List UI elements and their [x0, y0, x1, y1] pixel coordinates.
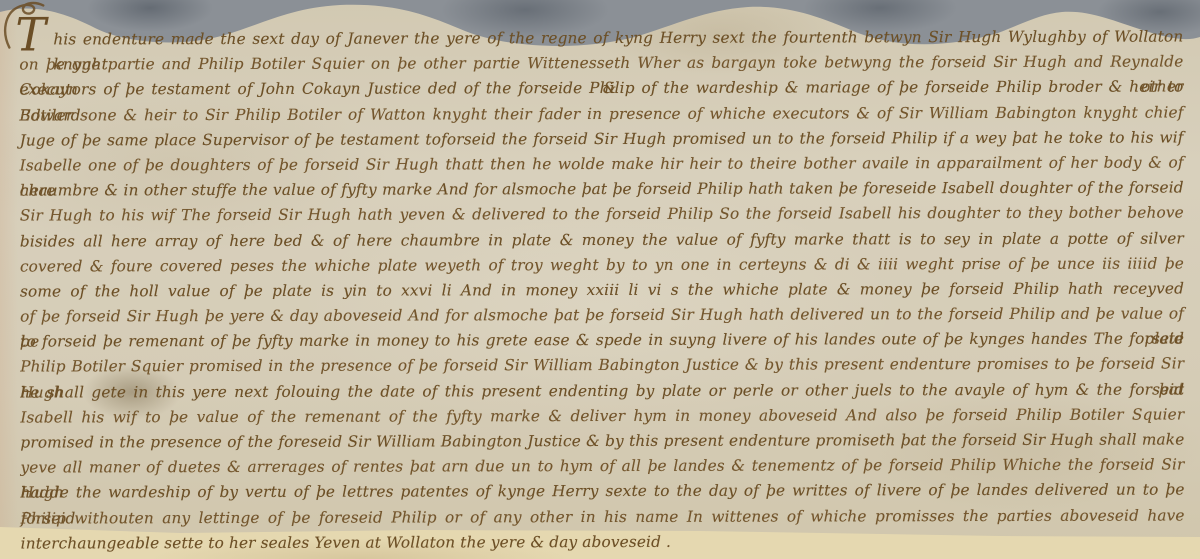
manuscript-line-15: he shall gete in this yere next folouing… — [20, 377, 1184, 405]
manuscript-line-9: bisides all here array of here bed & of … — [20, 226, 1184, 254]
manuscript-line-13: to forseid þe remenant of þe fyfty marke… — [20, 327, 1184, 355]
manuscript-line-16: Isabell his wif to þe value of the remen… — [20, 402, 1184, 430]
manuscript-text-block: T his endenture made the sext day of Jan… — [19, 24, 1184, 556]
manuscript-line-17: promised in the presence of the foreseid… — [20, 427, 1184, 455]
manuscript-line-11: some of the holl value of þe plate is yi… — [20, 276, 1184, 304]
manuscript-line-2: on þe one partie and Philip Botiler Squi… — [19, 50, 1183, 78]
manuscript-line-20: Philip withouten any lettinge of þe fore… — [21, 503, 1185, 531]
manuscript-line-18: yeve all maner of duetes & arrerages of … — [20, 453, 1184, 481]
manuscript-line-4: Botiler sone & heir to Sir Philip Botile… — [20, 100, 1184, 128]
decorated-initial: T — [15, 11, 46, 57]
manuscript-line-5: Juge of þe same place Supervisor of þe t… — [20, 125, 1184, 153]
manuscript-line-7: chaumbre & in other stuffe the value of … — [20, 176, 1184, 204]
manuscript-line-6: Isabelle one of þe doughters of þe forse… — [20, 150, 1184, 178]
manuscript-line-1: his endenture made the sext day of Janev… — [19, 24, 1183, 52]
manuscript-line-21: interchaungeable sette to her seales Yev… — [21, 528, 1185, 556]
manuscript-line-12: of þe forseid Sir Hugh þe yere & day abo… — [20, 302, 1184, 330]
photo-background: T his endenture made the sext day of Jan… — [0, 0, 1200, 559]
manuscript-line-19: hadde the wardeship of by vertu of þe le… — [20, 478, 1184, 506]
manuscript-line-10: covered & foure covered peses the whiche… — [20, 251, 1184, 279]
manuscript-line-3: executors of þe testament of John Cokayn… — [19, 75, 1183, 103]
manuscript-line-8: Sir Hugh to his wif The forseid Sir Hugh… — [20, 201, 1184, 229]
manuscript-line-14: Philip Botiler Squier promised in the pr… — [20, 352, 1184, 380]
